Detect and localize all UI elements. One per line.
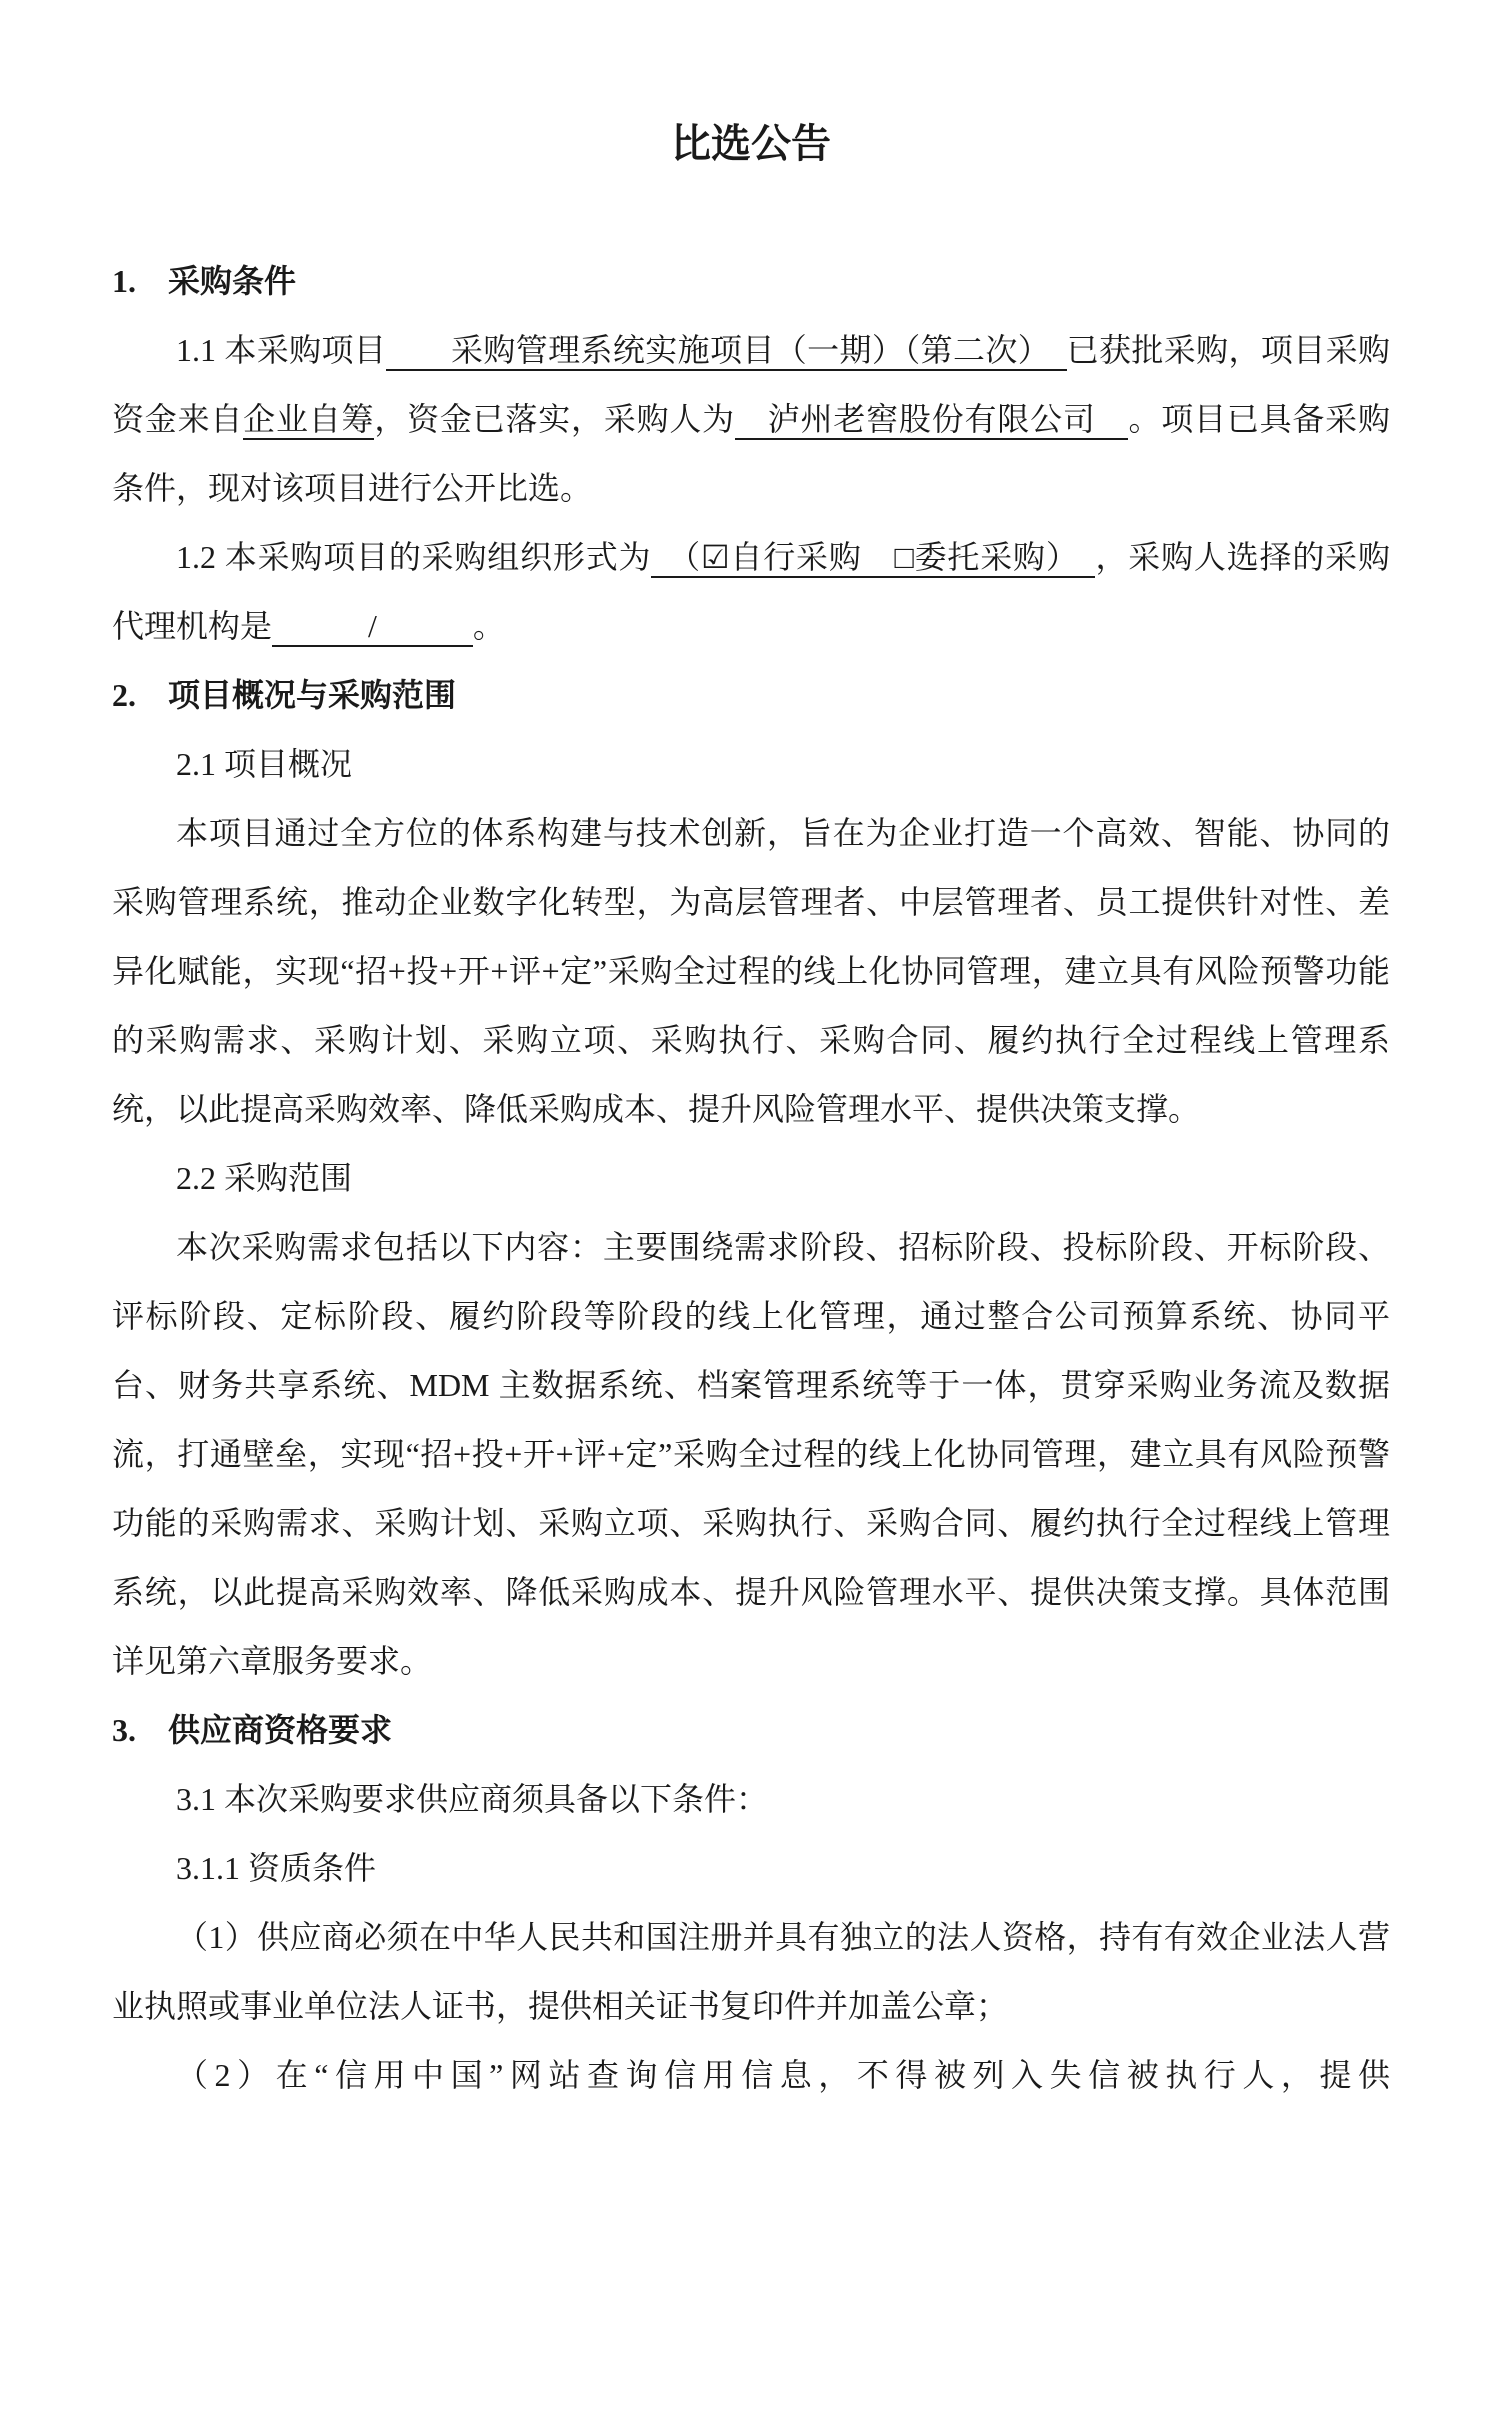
clause-1-1-lead: 1.1 本采购项目 bbox=[176, 332, 386, 368]
blank-organization-form: （☑自行采购 □委托采购） bbox=[651, 539, 1095, 578]
clause-1-2-lead: 1.2 本采购项目的采购组织形式为 bbox=[176, 539, 651, 575]
org-form-option-self-procure: 自行采购 bbox=[730, 539, 895, 575]
qualification-item-1: （1）供应商必须在中华人民共和国注册并具有独立的法人资格，持有有效企业法人营业执… bbox=[112, 1903, 1390, 2041]
page: 比选公告 1. 采购条件 1.1 本采购项目 采购管理系统实施项目（一期）（第二… bbox=[0, 0, 1500, 2429]
subsection-2-1-heading: 2.1 项目概况 bbox=[112, 730, 1390, 799]
blank-agency-name: / bbox=[272, 608, 473, 647]
clause-1-2-text-2: 。 bbox=[473, 608, 505, 644]
checkbox-checked-icon: ☑ bbox=[701, 539, 730, 575]
clause-3-1-1-heading: 3.1.1 资质条件 bbox=[112, 1834, 1390, 1903]
document-title: 比选公告 bbox=[112, 109, 1390, 178]
blank-funding-source: 企业自筹 bbox=[243, 401, 374, 440]
org-form-open-paren: （ bbox=[651, 539, 701, 575]
clause-1-1: 1.1 本采购项目 采购管理系统实施项目（一期）（第二次） 已获批采购，项目采购… bbox=[112, 316, 1390, 523]
subsection-2-2-heading: 2.2 采购范围 bbox=[112, 1144, 1390, 1213]
section-2-heading: 2. 项目概况与采购范围 bbox=[112, 661, 1390, 730]
org-form-close-paren: ） bbox=[1046, 539, 1096, 575]
qualification-item-2: （2）在“信用中国”网站查询信用信息，不得被列入失信被执行人，提供 bbox=[112, 2041, 1390, 2110]
checkbox-unchecked-icon: □ bbox=[894, 539, 914, 575]
section-1-heading: 1. 采购条件 bbox=[112, 247, 1390, 316]
clause-1-2: 1.2 本采购项目的采购组织形式为 （☑自行采购 □委托采购） ，采购人选择的采… bbox=[112, 523, 1390, 661]
section-3-heading: 3. 供应商资格要求 bbox=[112, 1696, 1390, 1765]
blank-purchaser-name: 泸州老窖股份有限公司 bbox=[735, 401, 1128, 440]
clause-1-1-text-2: ，资金已落实，采购人为 bbox=[374, 401, 735, 437]
paragraph-project-overview: 本项目通过全方位的体系构建与技术创新，旨在为企业打造一个高效、智能、协同的采购管… bbox=[112, 799, 1390, 1144]
clause-3-1-heading: 3.1 本次采购要求供应商须具备以下条件： bbox=[112, 1765, 1390, 1834]
blank-project-name: 采购管理系统实施项目（一期）（第二次） bbox=[386, 332, 1066, 371]
org-form-option-delegated: 委托采购 bbox=[915, 539, 1046, 575]
document-viewer: { "colors": { "text": "#1a1a1a", "backgr… bbox=[0, 0, 1500, 2429]
paragraph-procurement-scope: 本次采购需求包括以下内容：主要围绕需求阶段、招标阶段、投标阶段、开标阶段、评标阶… bbox=[112, 1213, 1390, 1696]
